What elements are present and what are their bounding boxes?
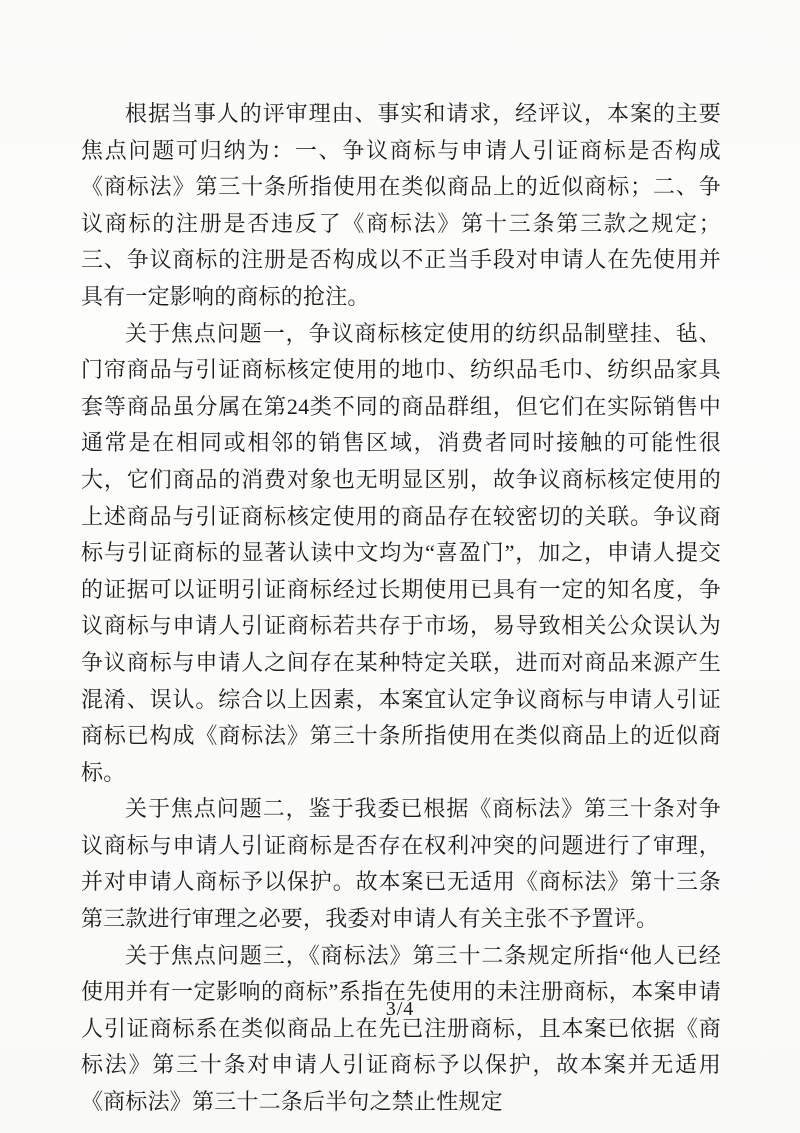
document-body-text: 根据当事人的评审理由、事实和请求，经评议，本案的主要焦点问题可归纳为：一、争议商… [81, 96, 721, 1121]
document-page: 根据当事人的评审理由、事实和请求，经评议，本案的主要焦点问题可归纳为：一、争议商… [0, 0, 800, 1133]
paragraph-focus-issue-3: 关于焦点问题三，《商标法》第三十二条规定所指“他人已经使用并有一定影响的商标”系… [81, 938, 721, 1121]
paragraph-focus-issues-summary: 根据当事人的评审理由、事实和请求，经评议，本案的主要焦点问题可归纳为：一、争议商… [81, 96, 721, 316]
paragraph-focus-issue-1: 关于焦点问题一，争议商标核定使用的纺织品制壁挂、毡、门帘商品与引证商标核定使用的… [81, 316, 721, 792]
paragraph-focus-issue-2: 关于焦点问题二，鉴于我委已根据《商标法》第三十条对争议商标与申请人引证商标是否存… [81, 791, 721, 937]
page-number: 3/4 [0, 998, 800, 1021]
